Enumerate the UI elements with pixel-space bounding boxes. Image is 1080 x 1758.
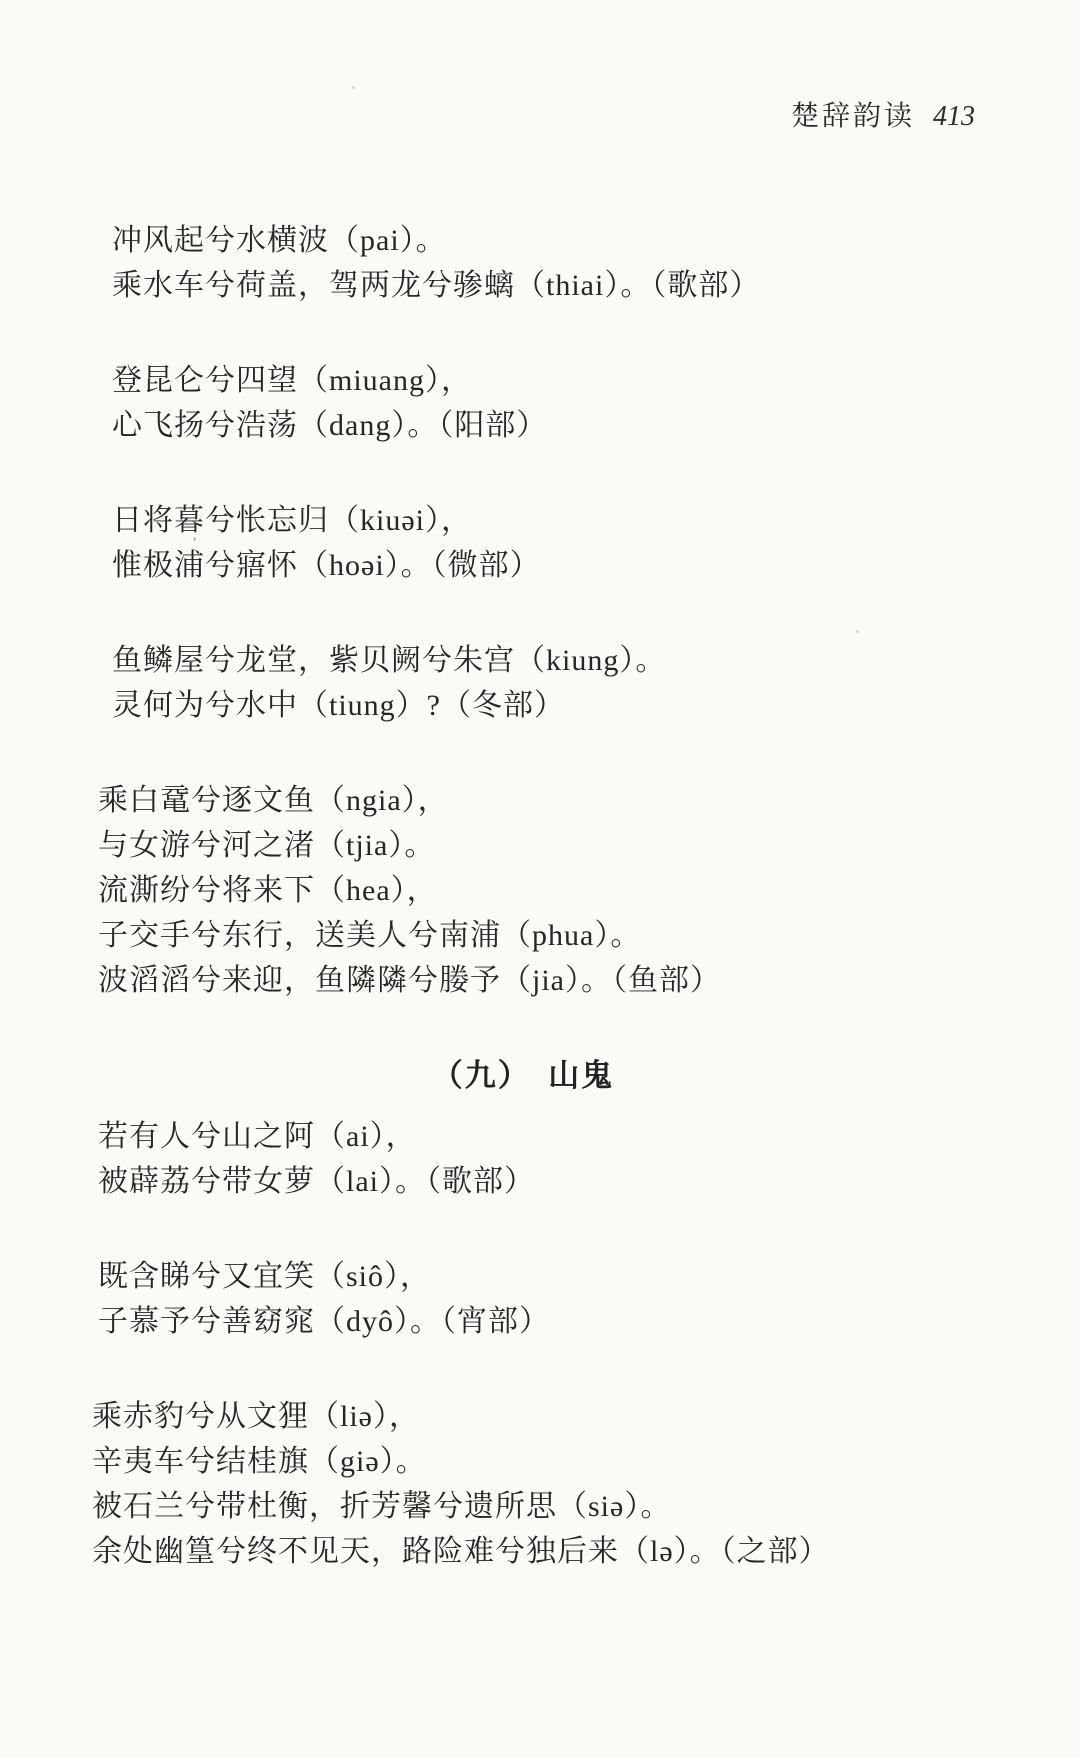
stanza-hebo-3: 日将暮兮怅忘归（kiuəi）， 惟极浦兮寤怀（hoəi）。（微部） xyxy=(112,498,1080,588)
verse-line: 被石兰兮带杜衡，折芳馨兮遗所思（siə）。 xyxy=(92,1484,1080,1529)
stanza-shangui-1: 若有人兮山之阿（ai）， 被薜荔兮带女萝（lai）。（歌部） xyxy=(98,1114,1080,1204)
verse-line: 流澌纷兮将来下（hea）， xyxy=(98,868,1080,913)
verse-line: 灵何为兮水中（tiung）?（冬部） xyxy=(112,683,1080,728)
running-head-title: 楚辞韵读 xyxy=(791,101,915,132)
verse-line: 余处幽篁兮终不见天，路险难兮独后来（lə）。（之部） xyxy=(92,1529,1080,1574)
verse-line: 日将暮兮怅忘归（kiuəi）， xyxy=(112,498,1080,543)
verse-line: 若有人兮山之阿（ai）， xyxy=(98,1114,1080,1159)
stanza-hebo-5: 乘白鼋兮逐文鱼（ngia）， 与女游兮河之渚（tjia）。 流澌纷兮将来下（he… xyxy=(98,778,1080,1003)
verse-line: 惟极浦兮寤怀（hoəi）。（微部） xyxy=(112,543,1080,588)
verse-line: 波滔滔兮来迎，鱼隣隣兮媵予（jia）。（鱼部） xyxy=(98,958,1080,1003)
stanza-hebo-1: 冲风起兮水横波（pai）。 乘水车兮荷盖，驾两龙兮骖螭（thiai）。（歌部） xyxy=(112,218,1080,308)
verse-line: 登昆仑兮四望（miuang）， xyxy=(112,358,1080,403)
stanza-hebo-4: 鱼鳞屋兮龙堂，紫贝阙兮朱宫（kiung）。 灵何为兮水中（tiung）?（冬部） xyxy=(112,638,1080,728)
scan-speck: ’ xyxy=(192,536,197,551)
verse-line: 乘水车兮荷盖，驾两龙兮骖螭（thiai）。（歌部） xyxy=(112,263,1080,308)
stanza-shangui-2: 既含睇兮又宜笑（siô）， 子慕予兮善窈窕（dyô）。（宵部） xyxy=(98,1254,1080,1344)
verse-line: 子慕予兮善窈窕（dyô）。（宵部） xyxy=(98,1299,1080,1344)
verse-line: 乘赤豹兮从文狸（liə）， xyxy=(92,1394,1080,1439)
running-head: 楚辞韵读 413 xyxy=(0,94,975,134)
verse-line: 既含睇兮又宜笑（siô）， xyxy=(98,1254,1080,1299)
verse-line: 辛夷车兮结桂旗（giə）。 xyxy=(92,1439,1080,1484)
verse-line: 鱼鳞屋兮龙堂，紫贝阙兮朱宫（kiung）。 xyxy=(112,638,1080,683)
page-number: 413 xyxy=(933,101,975,132)
scan-speck xyxy=(352,86,355,89)
section-heading-shangui: （九） 山鬼 xyxy=(0,1053,1046,1098)
verse-line: 乘白鼋兮逐文鱼（ngia）， xyxy=(98,778,1080,823)
verse-line: 冲风起兮水横波（pai）。 xyxy=(112,218,1080,263)
stanza-shangui-3: 乘赤豹兮从文狸（liə）， 辛夷车兮结桂旗（giə）。 被石兰兮带杜衡，折芳馨兮… xyxy=(92,1394,1080,1574)
verse-line: 子交手兮东行，送美人兮南浦（phua）。 xyxy=(98,913,1080,958)
verse-line: 被薜荔兮带女萝（lai）。（歌部） xyxy=(98,1159,1080,1204)
verse-line: 心飞扬兮浩荡（dang）。（阳部） xyxy=(112,403,1080,448)
stanza-hebo-2: 登昆仑兮四望（miuang）， 心飞扬兮浩荡（dang）。（阳部） xyxy=(112,358,1080,448)
book-page: 楚辞韵读 413 冲风起兮水横波（pai）。 乘水车兮荷盖，驾两龙兮骖螭（thi… xyxy=(0,0,1080,1758)
verse-line: 与女游兮河之渚（tjia）。 xyxy=(98,823,1080,868)
scan-speck xyxy=(856,630,859,633)
page-body: 冲风起兮水横波（pai）。 乘水车兮荷盖，驾两龙兮骖螭（thiai）。（歌部） … xyxy=(0,218,1080,1624)
